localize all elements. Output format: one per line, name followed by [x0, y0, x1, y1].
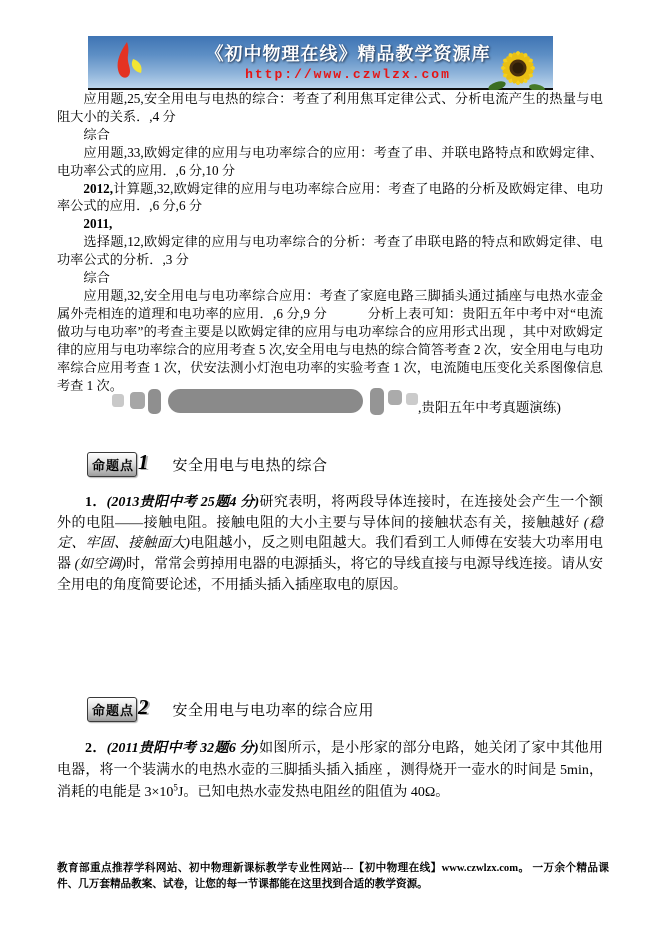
- site-logo-icon: [112, 41, 152, 83]
- analysis-paragraph: 应用题,32,安全用电与电功率综合应用：考查了家庭电路三脚插头通过插座与电热水壶…: [57, 287, 603, 394]
- year-label: 2011,: [83, 216, 112, 231]
- site-url-link[interactable]: http://www.czwlzx.com: [192, 67, 504, 82]
- redacted-block: [148, 389, 161, 414]
- question-source: (2011贵阳中考 32题6 分): [107, 741, 259, 756]
- redacted-block: [112, 394, 124, 407]
- topic-heading-1: 命题点 1 安全用电与电热的综合: [87, 451, 328, 477]
- topic-badge: 命题点 2: [87, 697, 149, 722]
- footer-promo-text: 教育部重点推荐学科网站、初中物理新课标教学专业性网站---【初中物理在线】www…: [57, 861, 609, 893]
- topic-badge: 命题点 1: [87, 452, 149, 477]
- question-text: 时，常常会剪掉用电器的电源插头，将它的导线直接与电源导线连接。请从安全用电的角度…: [57, 557, 603, 593]
- question-number: 1．: [85, 495, 107, 510]
- analysis-text: 计算题,32,欧姆定律的应用与电功率综合应用：考查了电路的分析及欧姆定律、电功率…: [57, 181, 603, 214]
- site-banner: 《初中物理在线》精品教学资源库 http://www.czwlzx.com: [88, 36, 553, 90]
- year-label: 2012,: [83, 181, 113, 196]
- topic-badge-number: 1: [138, 452, 149, 473]
- analysis-paragraph: 2011,: [57, 215, 603, 233]
- question-source: (2013贵阳中考 25题4 分): [107, 495, 260, 510]
- topic-badge-label: 命题点: [87, 452, 137, 477]
- analysis-paragraph: 2012,计算题,32,欧姆定律的应用与电功率综合应用：考查了电路的分析及欧姆定…: [57, 180, 603, 216]
- analysis-paragraph: 选择题,12,欧姆定律的应用与电功率综合的分析：考查了串联电路的特点和欧姆定律、…: [57, 233, 603, 269]
- redacted-block: [168, 389, 363, 413]
- redacted-block: [370, 388, 384, 415]
- redacted-caption: ,贵阳五年中考真题演练): [418, 396, 561, 416]
- analysis-paragraph: 应用题,25,安全用电与电热的综合：考查了利用焦耳定律公式、分析电流产生的热量与…: [57, 90, 603, 126]
- sunflower-image: [487, 42, 551, 90]
- redacted-block: [130, 392, 145, 409]
- topic-title: 安全用电与电热的综合: [173, 454, 328, 475]
- question-text: J。已知电热水壶发热电阻丝的阻值为 40Ω。: [178, 785, 449, 800]
- question-1: 1．(2013贵阳中考 25题4 分)研究表明，将两段导体连接时，在连接处会产生…: [57, 493, 603, 597]
- question-number: 2．: [85, 741, 107, 756]
- topic-heading-2: 命题点 2 安全用电与电功率的综合应用: [87, 696, 374, 722]
- document-page: 《初中物理在线》精品教学资源库 http://www.czwlzx.com: [0, 0, 661, 936]
- question-note: (如空调): [75, 557, 126, 572]
- site-title: 《初中物理在线》精品教学资源库: [192, 40, 504, 66]
- analysis-paragraph: 综合: [57, 269, 603, 287]
- topic-title: 安全用电与电功率的综合应用: [173, 699, 375, 720]
- analysis-paragraph: 综合: [57, 126, 603, 144]
- exam-analysis-text: 应用题,25,安全用电与电热的综合：考查了利用焦耳定律公式、分析电流产生的热量与…: [57, 90, 603, 394]
- redacted-graphic: ,贵阳五年中考真题演练): [100, 388, 605, 420]
- banner-text: 《初中物理在线》精品教学资源库 http://www.czwlzx.com: [192, 40, 504, 82]
- topic-badge-label: 命题点: [87, 697, 137, 722]
- topic-badge-number: 2: [138, 697, 149, 718]
- redacted-block: [388, 390, 402, 405]
- redacted-block: [406, 393, 418, 405]
- analysis-paragraph: 应用题,33,欧姆定律的应用与电功率综合的应用：考查了串、并联电路特点和欧姆定律…: [57, 144, 603, 180]
- question-2: 2．(2011贵阳中考 32题6 分)如图所示，是小彤家的部分电路，她关闭了家中…: [57, 738, 603, 804]
